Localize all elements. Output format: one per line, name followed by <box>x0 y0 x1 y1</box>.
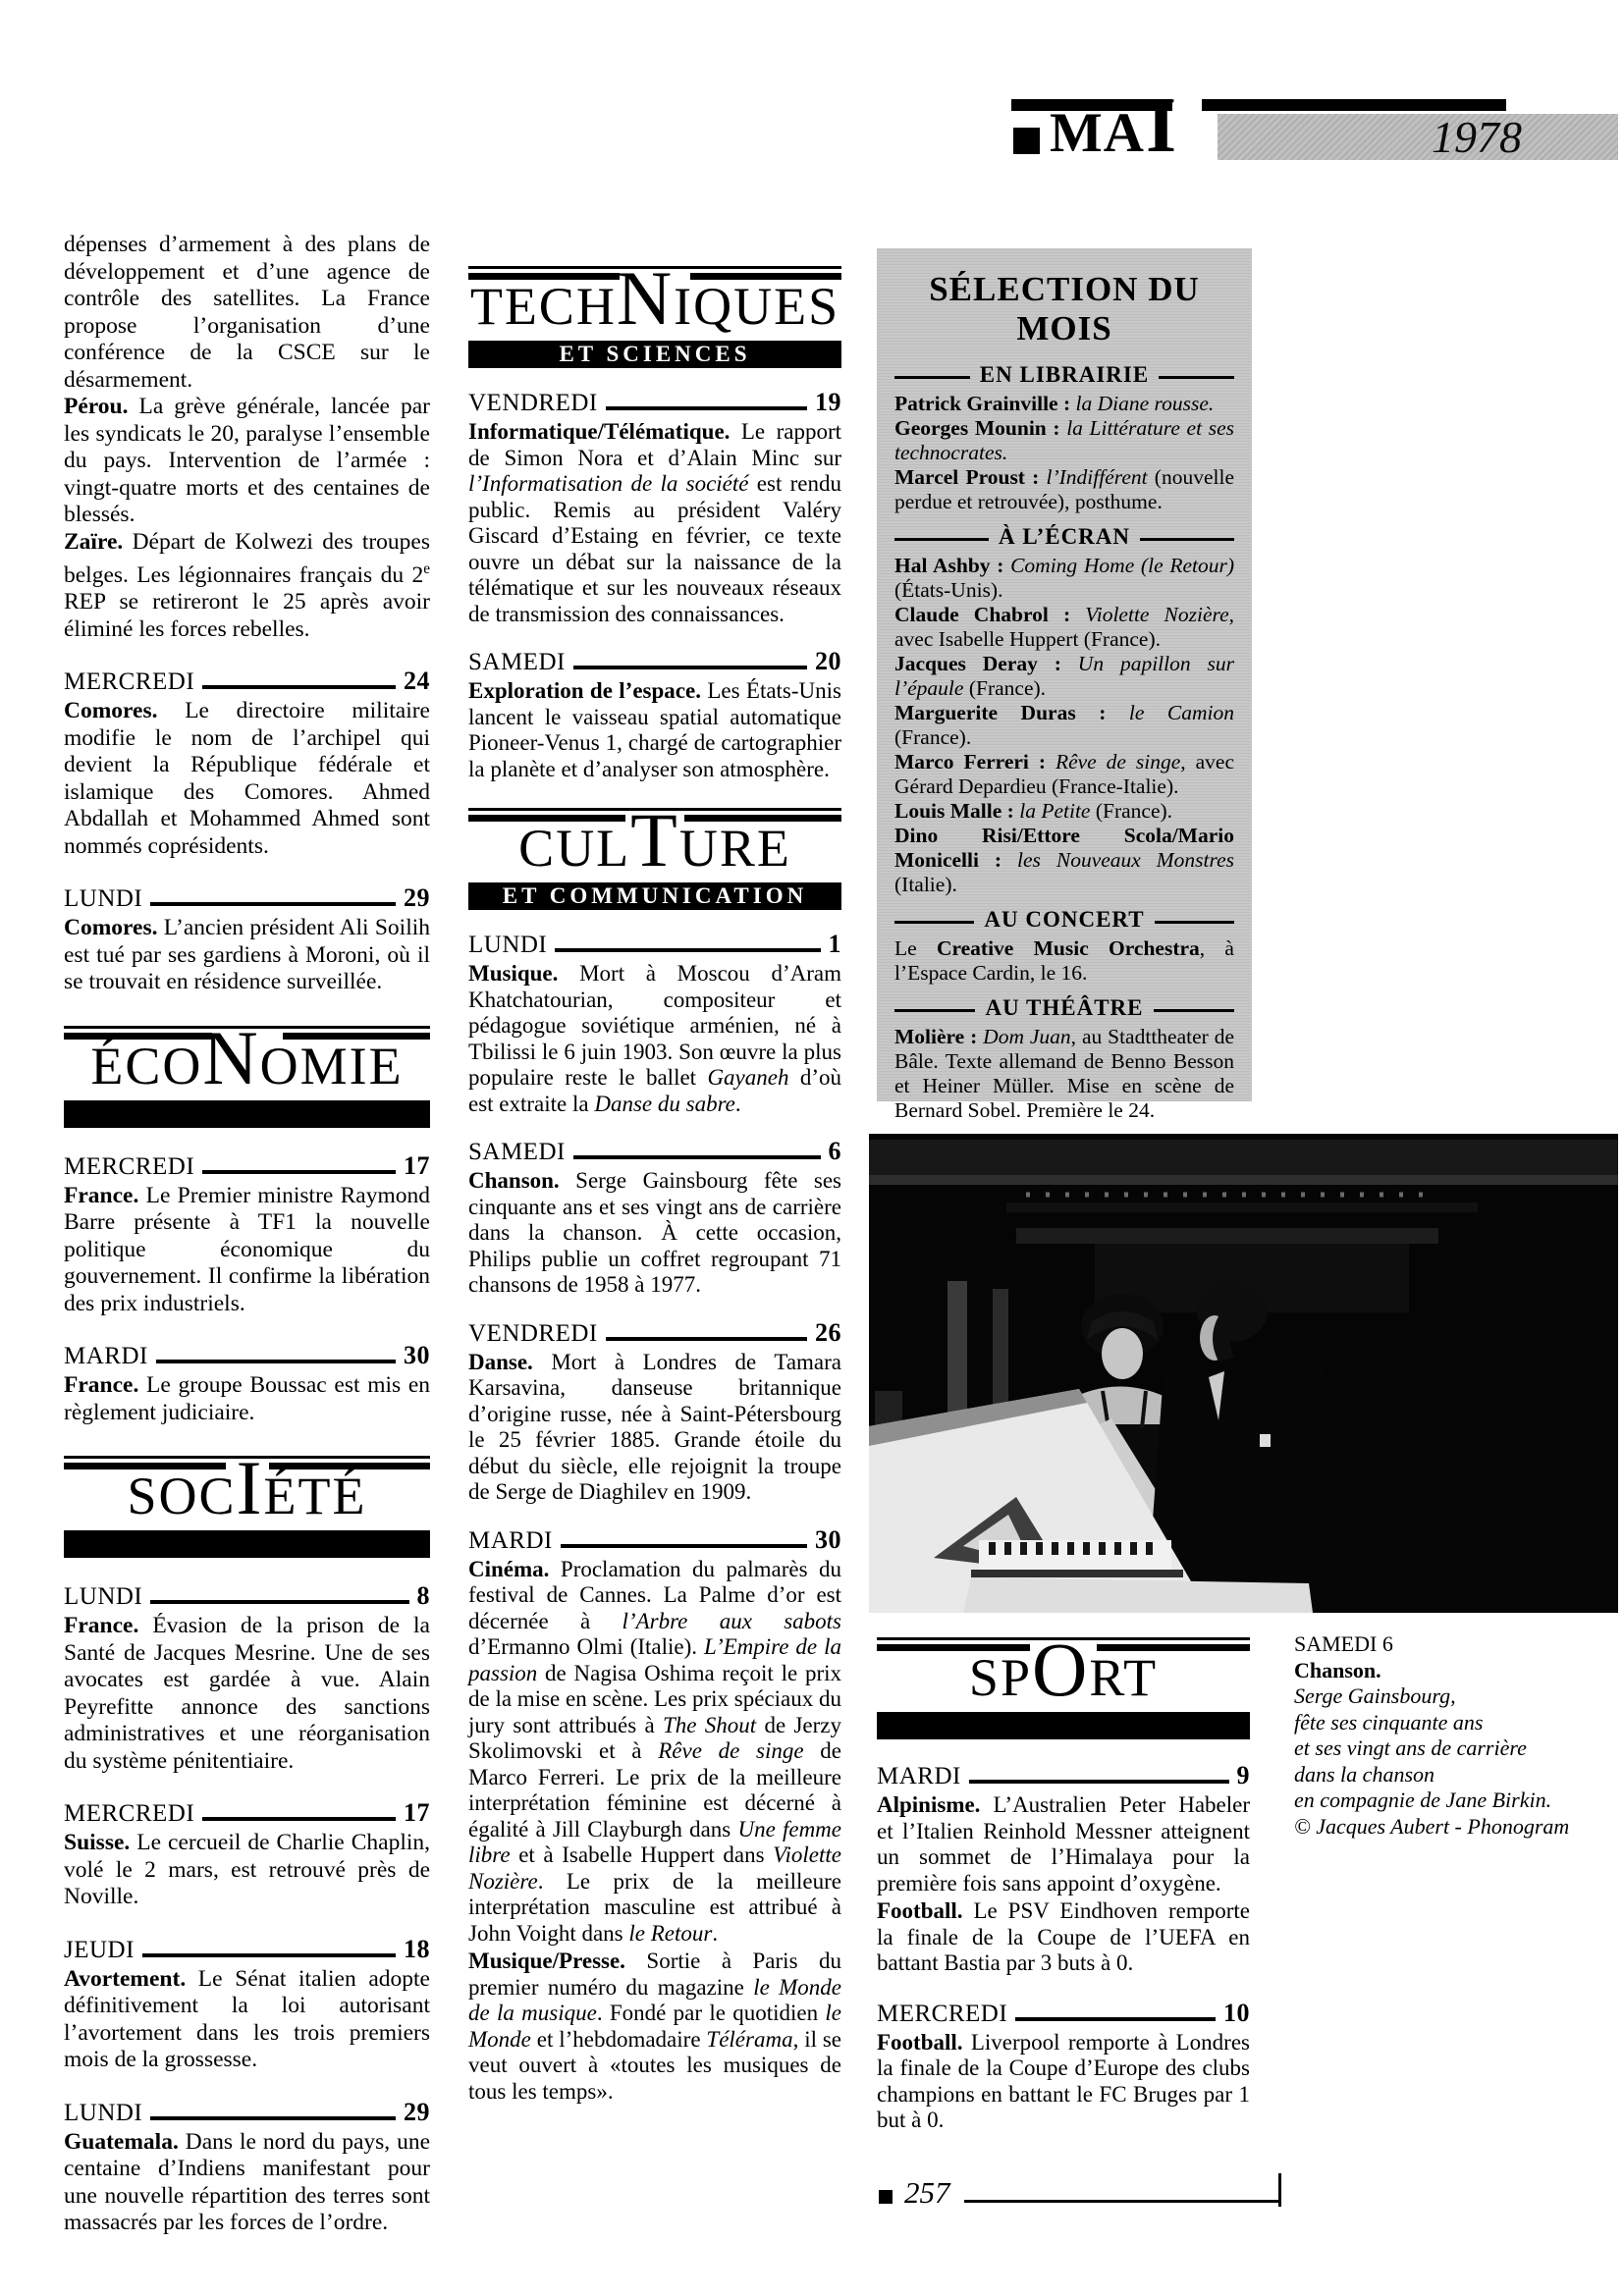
day-label: MERCREDI <box>64 1800 194 1828</box>
day-label: VENDREDI <box>468 1320 598 1348</box>
day-rule <box>202 1170 396 1174</box>
section-header-sport: SPORT <box>877 1637 1250 1739</box>
day-rule <box>150 902 396 906</box>
entry-paragraph: Cinéma. Proclamation du palmarès du fest… <box>468 1557 841 1948</box>
subheading-rule <box>1155 921 1234 924</box>
day-rule <box>555 948 820 952</box>
selection-item: Hal Ashby : Coming Home (le Retour) (Éta… <box>894 554 1234 603</box>
entry-paragraph: Guatemala. Dans le nord du pays, une cen… <box>64 2129 430 2237</box>
almanac-page: 1978 MA I dépenses d’armement à des plan… <box>0 0 1624 2296</box>
page-number: 257 <box>904 2177 950 2208</box>
day-header: JEUDI 18 <box>64 1935 430 1964</box>
entry-paragraph: Danse. Mort à Londres de Tamara Karsavin… <box>468 1350 841 1506</box>
year-box: 1978 <box>1218 114 1618 160</box>
selection-du-mois-box: SÉLECTION DU MOIS EN LIBRAIRIE Patrick G… <box>877 248 1252 1101</box>
day-rule <box>202 1817 396 1821</box>
day-rule <box>142 1953 396 1957</box>
subheading-rule <box>1159 376 1234 379</box>
day-entry: SAMEDI 6 Chanson. Serge Gainsbourg fête … <box>468 1137 841 1299</box>
selection-item: Georges Mounin : la Littérature et ses t… <box>894 416 1234 465</box>
column-middle: TECHNIQUES ET SCIENCES VENDREDI 19 Infor… <box>468 240 841 2105</box>
selection-item: Marcel Proust : l’Indifférent (nouvelle … <box>894 465 1234 514</box>
section-title: SOCIÉTÉ <box>64 1469 430 1522</box>
section-title-pre: ÉCO <box>90 1037 202 1095</box>
selection-item: Le Creative Music Orchestra, à l’Espace … <box>894 936 1234 986</box>
entry-paragraph: Musique. Mort à Moscou d’Aram Khatchatou… <box>468 961 841 1117</box>
section-title-pre: TECH <box>470 277 617 336</box>
section-bar <box>64 1100 430 1128</box>
section-bar: ET SCIENCES <box>468 341 841 368</box>
photo-illustration <box>869 1134 1618 1613</box>
subheading-rule <box>1140 538 1234 541</box>
month-label: MA <box>1050 105 1145 161</box>
day-header: SAMEDI 20 <box>468 647 841 676</box>
day-number: 18 <box>404 1935 430 1964</box>
day-rule <box>606 406 807 410</box>
day-header: MERCREDI 17 <box>64 1151 430 1181</box>
section-title-post: ÉTÉ <box>264 1467 367 1525</box>
day-label: MARDI <box>877 1763 961 1790</box>
caption-line: dans la chanson <box>1294 1762 1618 1789</box>
day-entry: LUNDI 29 Comores. L’ancien président Ali… <box>64 883 430 996</box>
day-label: LUNDI <box>468 932 547 959</box>
day-number: 24 <box>404 667 430 696</box>
day-rule <box>606 1337 807 1341</box>
entry-paragraph: Alpinisme. L’Australien Peter Habeler et… <box>877 1792 1250 1896</box>
year-label: 1978 <box>1432 115 1522 160</box>
section-title-big-letter: N <box>202 1015 259 1100</box>
entry-paragraph: France. Évasion de la prison de la Santé… <box>64 1613 430 1775</box>
section-header-techniques: TECHNIQUES ET SCIENCES <box>468 266 841 368</box>
section-title-big-letter: I <box>237 1445 264 1530</box>
section-title: CULTURE <box>468 822 841 875</box>
day-header: MERCREDI 24 <box>64 667 430 696</box>
section-title-post: RT <box>1089 1648 1158 1707</box>
section-title: TECHNIQUES <box>468 280 841 333</box>
day-entry: JEUDI 18 Avortement. Le Sénat italien ad… <box>64 1935 430 2074</box>
day-header: MARDI 30 <box>468 1525 841 1555</box>
section-bar-label: ET SCIENCES <box>559 342 750 367</box>
entry-paragraph: Chanson. Serge Gainsbourg fête ses cinqu… <box>468 1168 841 1299</box>
day-label: JEUDI <box>64 1937 135 1964</box>
day-entry: SAMEDI 20 Exploration de l’espace. Les É… <box>468 647 841 782</box>
selection-subheading: EN LIBRAIRIE <box>894 362 1234 388</box>
photo-caption: SAMEDI 6 Chanson. Serge Gainsbourg, fête… <box>1294 1631 1618 1840</box>
month-big-letter: I <box>1146 106 1176 145</box>
day-number: 6 <box>829 1137 842 1166</box>
section-bar: ET COMMUNICATION <box>468 882 841 910</box>
caption-line: en compagnie de Jane Birkin. <box>1294 1788 1618 1814</box>
section-bar-label: ET COMMUNICATION <box>503 883 807 909</box>
intro-paragraph: Zaïre. Départ de Kolwezi des troupes bel… <box>64 529 430 644</box>
entry-paragraph: France. Le groupe Boussac est mis en règ… <box>64 1372 430 1426</box>
intro-paragraph: Pérou. La grève générale, lancée par les… <box>64 394 430 529</box>
day-header: LUNDI 29 <box>64 883 430 913</box>
selection-item: Louis Malle : la Petite (France). <box>894 799 1234 824</box>
subheading-label: AU THÉÂTRE <box>975 995 1153 1021</box>
day-entry: MERCREDI 17 France. Le Premier ministre … <box>64 1151 430 1318</box>
day-rule <box>969 1780 1229 1784</box>
day-number: 30 <box>404 1341 430 1370</box>
day-rule <box>150 2116 396 2120</box>
section-title-pre: SP <box>969 1648 1032 1707</box>
subheading-rule <box>894 921 974 924</box>
day-entry: LUNDI 8 France. Évasion de la prison de … <box>64 1581 430 1775</box>
day-entry: VENDREDI 19 Informatique/Télématique. Le… <box>468 388 841 627</box>
day-number: 20 <box>815 647 841 676</box>
day-rule <box>150 1600 408 1604</box>
day-entry: MARDI 30 France. Le groupe Boussac est m… <box>64 1341 430 1426</box>
day-number: 17 <box>404 1798 430 1828</box>
day-number: 29 <box>404 883 430 913</box>
footer-rule <box>964 2200 1282 2203</box>
day-header: MERCREDI 10 <box>877 1999 1250 2028</box>
selection-subheading: AU CONCERT <box>894 907 1234 933</box>
column-sport: SPORT MARDI 9 Alpinisme. L’Australien Pe… <box>877 1637 1250 2134</box>
section-bar <box>877 1712 1250 1739</box>
day-rule <box>202 685 396 689</box>
entry-paragraph: Exploration de l’espace. Les États-Unis … <box>468 678 841 782</box>
section-title-big-letter: N <box>617 255 674 341</box>
month-title: MA I <box>1013 105 1176 161</box>
day-label: LUNDI <box>64 2100 142 2127</box>
day-label: VENDREDI <box>468 390 598 417</box>
section-title: SPORT <box>877 1651 1250 1704</box>
entry-paragraph: Comores. Le directoire militaire modifie… <box>64 698 430 860</box>
entry-paragraph: Comores. L’ancien président Ali Soilih e… <box>64 915 430 996</box>
selection-title: SÉLECTION DU MOIS <box>894 270 1234 348</box>
day-rule <box>573 1155 821 1159</box>
day-label: SAMEDI <box>468 649 566 676</box>
day-rule <box>1015 2017 1216 2021</box>
section-title-pre: SOC <box>128 1467 237 1525</box>
day-header: LUNDI 1 <box>468 930 841 959</box>
caption-line: fête ses cinquante ans <box>1294 1710 1618 1736</box>
section-title-post: IQUES <box>674 277 839 336</box>
entry-paragraph: Football. Le PSV Eindhoven remporte la f… <box>877 1898 1250 1977</box>
entry-paragraph: Football. Liverpool remporte à Londres l… <box>877 2030 1250 2134</box>
section-title-big-letter: T <box>630 797 679 882</box>
column-left: dépenses d’armement à des plans de dével… <box>64 232 430 2237</box>
selection-subheading: À L’ÉCRAN <box>894 524 1234 550</box>
day-rule <box>156 1360 396 1363</box>
day-entry: MERCREDI 24 Comores. Le directoire milit… <box>64 667 430 860</box>
day-label: MARDI <box>64 1343 148 1370</box>
caption-line: Serge Gainsbourg, <box>1294 1683 1618 1710</box>
day-label: MERCREDI <box>64 1153 194 1181</box>
day-number: 26 <box>815 1318 841 1348</box>
black-square-icon <box>1013 128 1040 154</box>
entry-paragraph: Informatique/Télématique. Le rapport de … <box>468 419 841 627</box>
day-label: MERCREDI <box>877 2001 1007 2028</box>
section-title-big-letter: O <box>1032 1627 1089 1712</box>
subheading-rule <box>894 376 970 379</box>
day-header: MERCREDI 17 <box>64 1798 430 1828</box>
day-label: MERCREDI <box>64 668 194 696</box>
selection-item: Marco Ferreri : Rêve de singe, avec Géra… <box>894 750 1234 799</box>
day-label: SAMEDI <box>468 1139 566 1166</box>
selection-item: Patrick Grainville : la Diane rousse. <box>894 392 1234 416</box>
selection-item: Claude Chabrol : Violette Nozière, avec … <box>894 603 1234 652</box>
day-header: VENDREDI 26 <box>468 1318 841 1348</box>
day-header: LUNDI 8 <box>64 1581 430 1611</box>
caption-line: SAMEDI 6 <box>1294 1631 1618 1658</box>
day-entry: LUNDI 1 Musique. Mort à Moscou d’Aram Kh… <box>468 930 841 1117</box>
day-header: LUNDI 29 <box>64 2098 430 2127</box>
day-number: 8 <box>417 1581 431 1611</box>
day-rule <box>561 1544 807 1548</box>
subheading-label: EN LIBRAIRIE <box>970 362 1159 388</box>
subheading-label: À L’ÉCRAN <box>989 524 1140 550</box>
subheading-rule <box>894 1009 975 1012</box>
day-number: 10 <box>1223 1999 1250 2028</box>
day-header: VENDREDI 19 <box>468 388 841 417</box>
section-header-economie: ÉCONOMIE <box>64 1026 430 1128</box>
day-number: 29 <box>404 2098 430 2127</box>
subheading-label: AU CONCERT <box>974 907 1154 933</box>
entry-paragraph: France. Le Premier ministre Raymond Barr… <box>64 1183 430 1318</box>
day-entry: MERCREDI 17 Suisse. Le cercueil de Charl… <box>64 1798 430 1911</box>
selection-subheading: AU THÉÂTRE <box>894 995 1234 1021</box>
day-label: LUNDI <box>64 885 142 913</box>
section-title-post: OMIE <box>260 1037 404 1095</box>
caption-line: © Jacques Aubert - Phonogram <box>1294 1814 1618 1841</box>
section-bar <box>64 1530 430 1558</box>
selection-item: Molière : Dom Juan, au Stadttheater de B… <box>894 1025 1234 1123</box>
day-header: MARDI 30 <box>64 1341 430 1370</box>
footer-corner-tick <box>1278 2173 1281 2207</box>
day-entry: VENDREDI 26 Danse. Mort à Londres de Tam… <box>468 1318 841 1506</box>
day-label: LUNDI <box>64 1583 142 1611</box>
day-number: 9 <box>1237 1761 1251 1790</box>
page-footer: 257 <box>877 2177 1281 2213</box>
subheading-rule <box>894 538 989 541</box>
black-square-icon <box>879 2190 893 2204</box>
day-entry: MARDI 30 Cinéma. Proclamation du palmarè… <box>468 1525 841 2106</box>
day-label: MARDI <box>468 1527 553 1555</box>
day-entry: MARDI 9 Alpinisme. L’Australien Peter Ha… <box>877 1761 1250 1977</box>
selection-item: Dino Risi/Ettore Scola/Mario Monicelli :… <box>894 824 1234 897</box>
caption-line: Chanson. <box>1294 1658 1618 1684</box>
entry-paragraph: Avortement. Le Sénat italien adopte défi… <box>64 1966 430 2074</box>
section-title-post: URE <box>679 819 791 878</box>
intro-paragraph: dépenses d’armement à des plans de dével… <box>64 232 430 394</box>
section-header-societe: SOCIÉTÉ <box>64 1456 430 1558</box>
day-number: 17 <box>404 1151 430 1181</box>
entry-paragraph: Suisse. Le cercueil de Charlie Chaplin, … <box>64 1830 430 1911</box>
day-number: 19 <box>815 388 841 417</box>
day-entry: LUNDI 29 Guatemala. Dans le nord du pays… <box>64 2098 430 2237</box>
day-entry: MERCREDI 10 Football. Liverpool remporte… <box>877 1999 1250 2134</box>
section-title-pre: CUL <box>518 819 630 878</box>
caption-line: et ses vingt ans de carrière <box>1294 1735 1618 1762</box>
masthead: 1978 MA I <box>1011 93 1618 164</box>
day-rule <box>573 666 807 669</box>
entry-paragraph: Musique/Presse. Sortie à Paris du premie… <box>468 1949 841 2105</box>
subheading-rule <box>1154 1009 1234 1012</box>
photo-gainsbourg-birkin <box>869 1134 1618 1613</box>
day-number: 1 <box>829 930 842 959</box>
section-title: ÉCONOMIE <box>64 1040 430 1093</box>
selection-item: Marguerite Duras : le Camion (France). <box>894 701 1234 750</box>
day-header: MARDI 9 <box>877 1761 1250 1790</box>
selection-item: Jacques Deray : Un papillon sur l’épaule… <box>894 652 1234 701</box>
day-header: SAMEDI 6 <box>468 1137 841 1166</box>
masthead-rule-right <box>1202 99 1506 111</box>
section-header-culture: CULTURE ET COMMUNICATION <box>468 808 841 910</box>
day-number: 30 <box>815 1525 841 1555</box>
